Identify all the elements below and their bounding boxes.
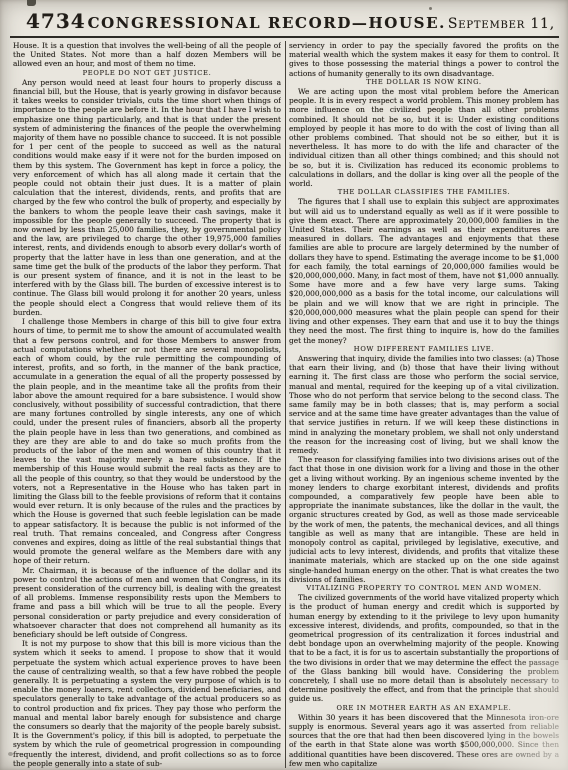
- paragraph: The figures that I shall use to explain …: [289, 197, 559, 344]
- section-heading: VITALIZING PROPERTY TO CONTROL MEN AND W…: [289, 584, 559, 593]
- paragraph: The civilized governments of the world h…: [289, 593, 559, 703]
- masthead: 4734 CONGRESSIONAL RECORD—HOUSE. Septemb…: [26, 9, 555, 35]
- paragraph: Within 30 years it has been discovered t…: [289, 713, 559, 768]
- paragraph: Any person would need at least four hour…: [13, 78, 281, 317]
- paragraph: It is not my purpose to show that this b…: [13, 639, 281, 768]
- section-heading: ORE IN MOTHER EARTH AS AN EXAMPLE.: [289, 704, 559, 713]
- paragraph: We are acting upon the most vital proble…: [289, 87, 559, 188]
- paragraph: I challenge those Members in charge of t…: [13, 317, 281, 565]
- section-heading: HOW DIFFERENT FAMILIES LIVE.: [289, 345, 559, 354]
- page-number: 4734: [26, 9, 86, 33]
- header-rule: [10, 36, 559, 38]
- section-heading: PEOPLE DO NOT GET JUSTICE.: [13, 69, 281, 78]
- text-columns: House. It is a question that involves th…: [13, 41, 559, 768]
- column-divider: [285, 41, 286, 768]
- paragraph: Answering that inquiry, divide the famil…: [289, 354, 559, 455]
- column-right: serviency in order to pay the specially …: [289, 41, 559, 768]
- paragraph: The reason for classifying families into…: [289, 455, 559, 584]
- scan-artifact: [27, 0, 36, 6]
- paragraph: serviency in order to pay the specially …: [289, 41, 559, 78]
- scanned-page: 4734 CONGRESSIONAL RECORD—HOUSE. Septemb…: [0, 0, 568, 770]
- section-heading: THE DOLLAR IS NOW KING.: [289, 78, 559, 87]
- section-heading: THE DOLLAR CLASSIFIES THE FAMILIES.: [289, 188, 559, 197]
- paragraph: Mr. Chairman, it is because of the influ…: [13, 566, 281, 640]
- page-title: CONGRESSIONAL RECORD—HOUSE.: [88, 14, 446, 32]
- page-date: September 11,: [448, 16, 555, 32]
- paragraph: House. It is a question that involves th…: [13, 41, 281, 69]
- column-left: House. It is a question that involves th…: [13, 41, 281, 768]
